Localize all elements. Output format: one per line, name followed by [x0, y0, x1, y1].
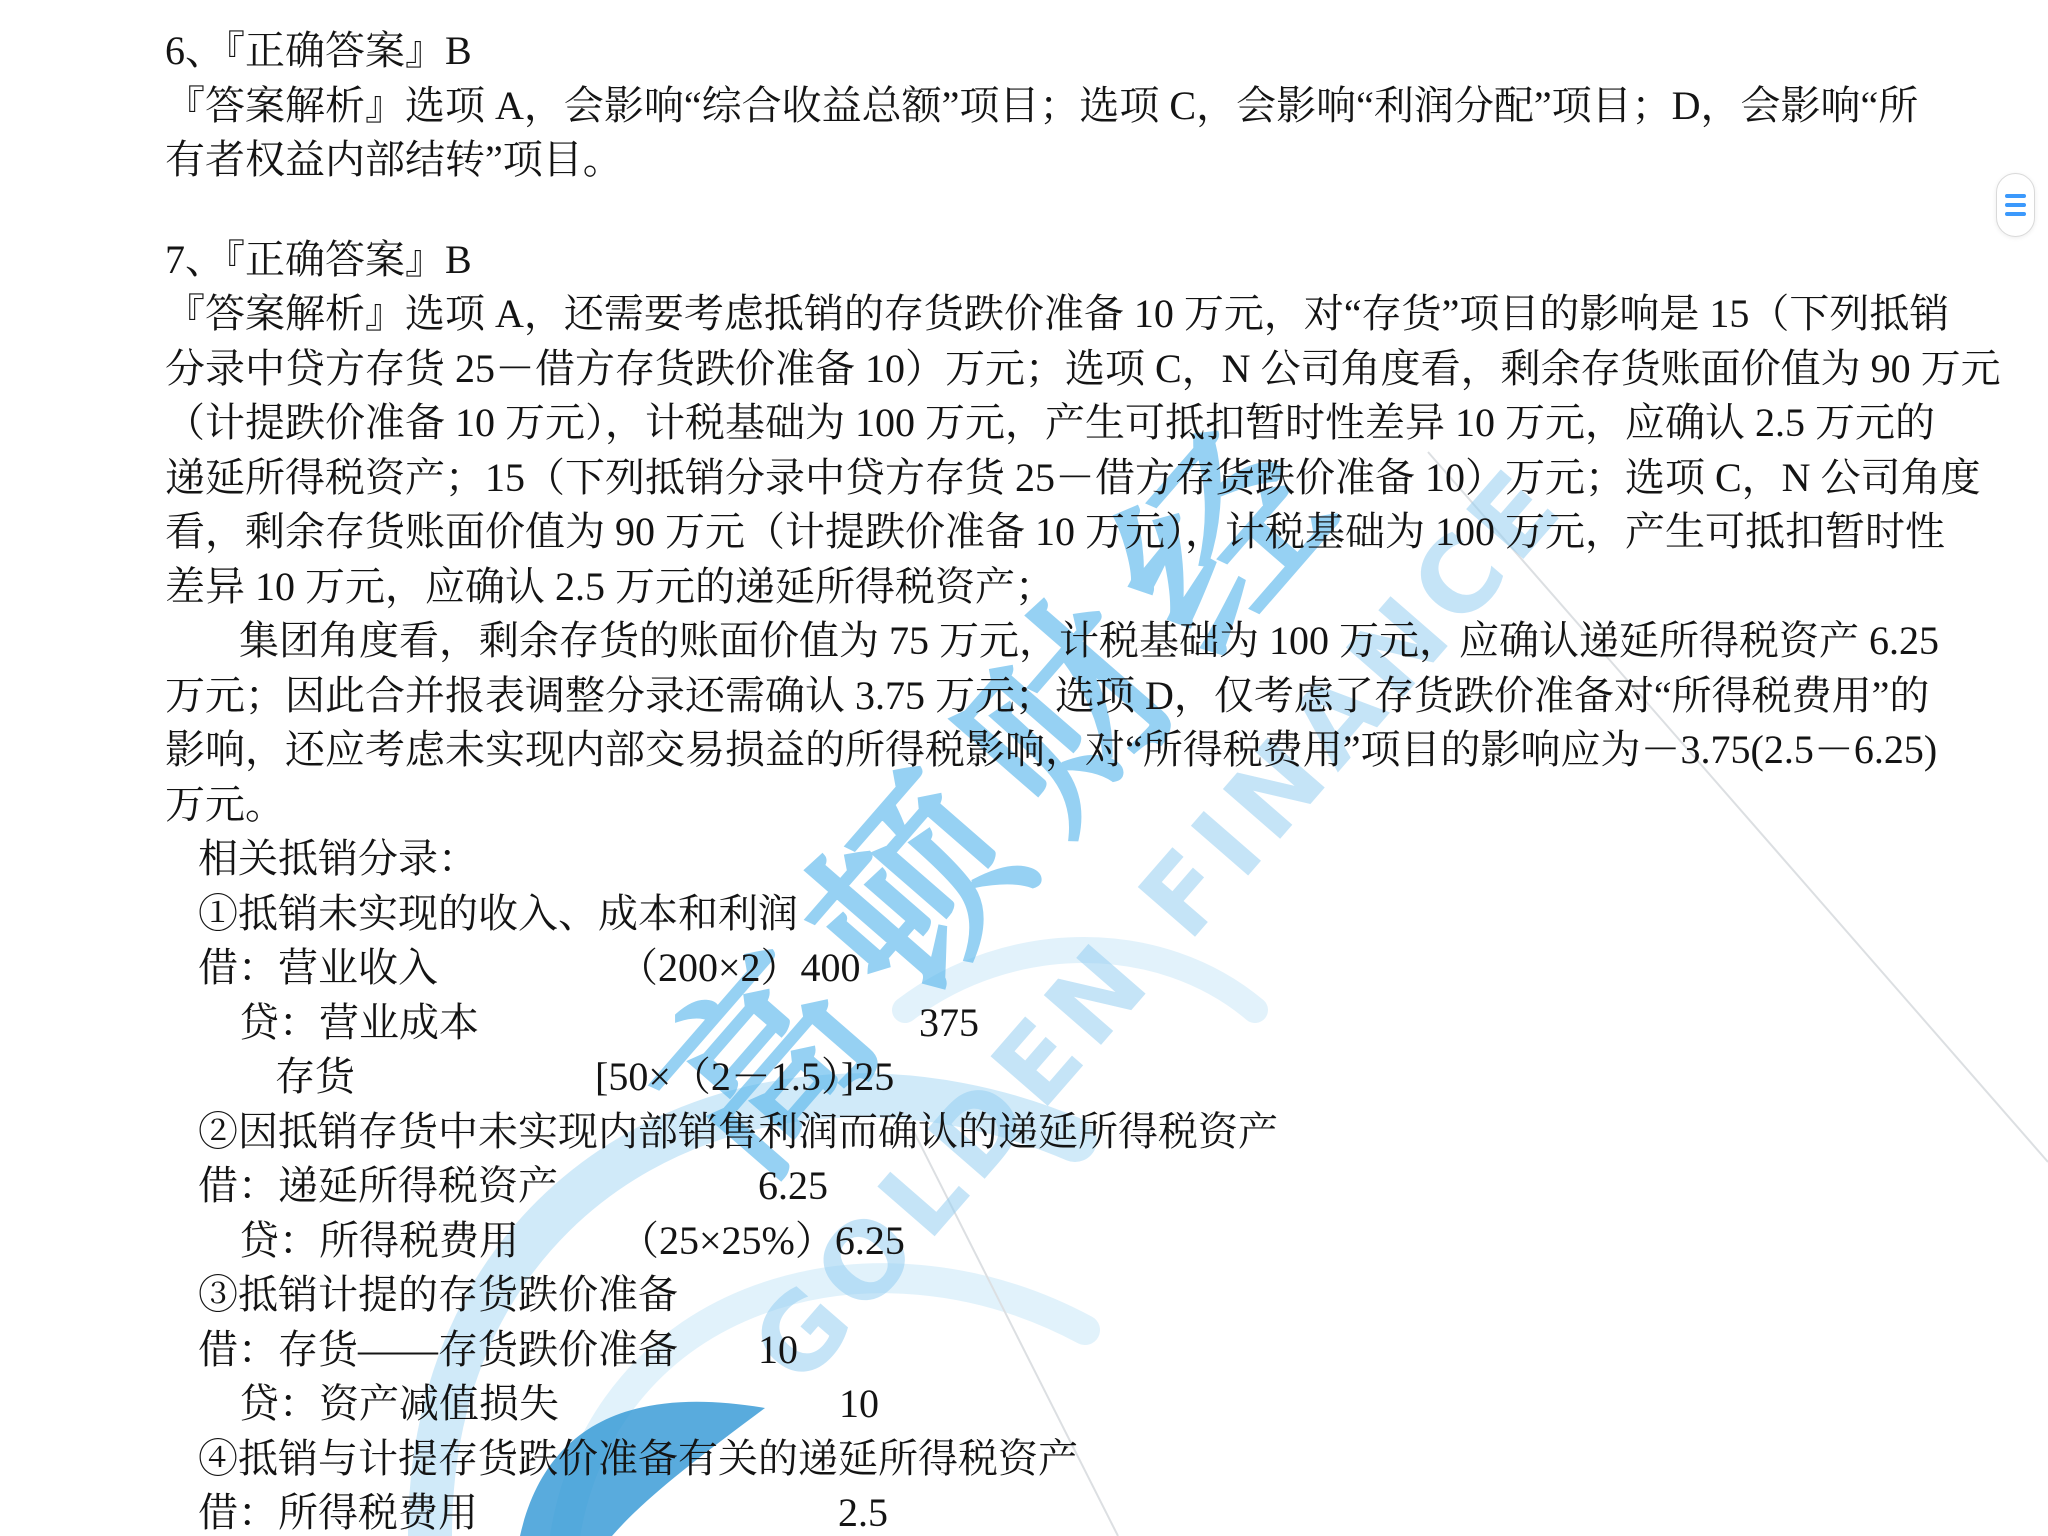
document-body: 6、『正确答案』B『答案解析』选项 A，会影响“综合收益总额”项目；选项 C，会…: [165, 24, 1910, 1536]
menu-button[interactable]: [1996, 173, 2035, 237]
text-line: （计提跌价准备 10 万元），计税基础为 100 万元，产生可抵扣暂时性差异 1…: [165, 396, 1910, 451]
text-line: 影响，还应考虑未实现内部交易损益的所得税影响，对“所得税费用”项目的影响应为－3…: [165, 723, 1910, 778]
text-line: ④抵销与计提存货跌价准备有关的递延所得税资产: [165, 1432, 1910, 1487]
text-line: 万元；因此合并报表调整分录还需确认 3.75 万元；选项 D，仅考虑了存货跌价准…: [165, 669, 1910, 724]
text-line: 贷：营业成本 375: [165, 996, 1910, 1051]
text-line: 万元。: [165, 778, 1910, 833]
section-gap: [165, 188, 1910, 233]
text-line: 贷：资产减值损失 10: [165, 1377, 1910, 1432]
text-line: 相关抵销分录：: [165, 832, 1910, 887]
text-line: 借：递延所得税资产 6.25: [165, 1159, 1910, 1214]
text-line: ①抵销未实现的收入、成本和利润: [165, 887, 1910, 942]
text-line: 『答案解析』选项 A，会影响“综合收益总额”项目；选项 C，会影响“利润分配”项…: [165, 79, 1910, 134]
text-line: 分录中贷方存货 25－借方存货跌价准备 10）万元；选项 C，N 公司角度看，剩…: [165, 342, 1910, 397]
text-line: 递延所得税资产；15（下列抵销分录中贷方存货 25－借方存货跌价准备 10）万元…: [165, 451, 1910, 506]
text-line: 看，剩余存货账面价值为 90 万元（计提跌价准备 10 万元），计税基础为 10…: [165, 505, 1910, 560]
doc-lines: 6、『正确答案』B『答案解析』选项 A，会影响“综合收益总额”项目；选项 C，会…: [165, 24, 1910, 1536]
text-line: 借：存货——存货跌价准备 10: [165, 1323, 1910, 1378]
text-line: 借：营业收入 （200×2）400: [165, 941, 1910, 996]
text-line: ③抵销计提的存货跌价准备: [165, 1268, 1910, 1323]
text-line: ②因抵销存货中未实现内部销售利润而确认的递延所得税资产: [165, 1105, 1910, 1160]
text-line: 存货 [50×（2－1.5）]25: [165, 1050, 1910, 1105]
text-line: 集团角度看，剩余存货的账面价值为 75 万元，计税基础为 100 万元，应确认递…: [165, 614, 1910, 669]
text-line: 贷：所得税费用 （25×25%）6.25: [165, 1214, 1910, 1269]
text-line: 差异 10 万元，应确认 2.5 万元的递延所得税资产；: [165, 560, 1910, 615]
text-line: 有者权益内部结转”项目。: [165, 133, 1910, 188]
text-line: 7、『正确答案』B: [165, 233, 1910, 288]
text-line: 借：所得税费用 2.5: [165, 1486, 1910, 1536]
text-line: 6、『正确答案』B: [165, 24, 1910, 79]
text-line: 『答案解析』选项 A，还需要考虑抵销的存货跌价准备 10 万元，对“存货”项目的…: [165, 287, 1910, 342]
hamburger-icon: [2005, 194, 2026, 216]
